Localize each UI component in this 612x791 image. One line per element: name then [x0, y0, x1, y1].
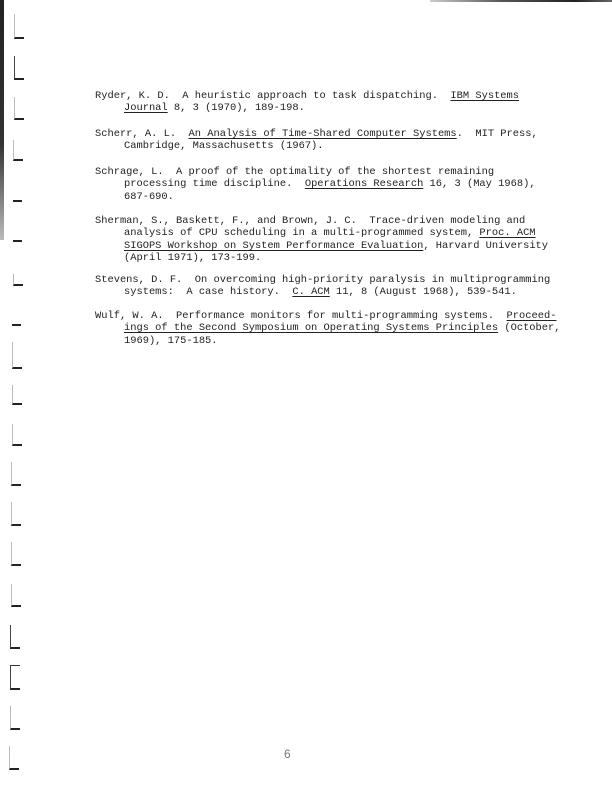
reference-text: Cambridge, Massachusetts (1967). — [124, 140, 324, 152]
binding-mark — [11, 584, 21, 607]
reference-text: , Harvard University — [423, 240, 548, 252]
reference-continuation-line: ings of the Second Symposium on Operatin… — [95, 322, 612, 334]
reference-continuation-line: (April 1971), 173-199. — [95, 252, 612, 264]
binding-mark — [13, 190, 22, 202]
binding-mark — [14, 56, 24, 80]
reference-title-underlined: ings of the Second Symposium on Operatin… — [124, 322, 498, 334]
page-number: 6 — [284, 747, 291, 761]
reference-text: Sherman, S., Baskett, F., and Brown, J. … — [95, 215, 525, 227]
reference-text: analysis of CPU scheduling in a multi-pr… — [124, 227, 479, 239]
reference-continuation-line: Cambridge, Massachusetts (1967). — [95, 140, 612, 152]
reference-title-underlined: SIGOPS Workshop on System Performance Ev… — [124, 240, 423, 252]
binding-mark — [13, 140, 23, 161]
scan-binding-edge — [0, 0, 4, 240]
reference-text: Scherr, A. L. — [95, 128, 189, 140]
reference-text: Stevens, D. F. On overcoming high-priori… — [95, 274, 550, 286]
reference-text: processing time discipline. — [124, 178, 305, 190]
reference-continuation-line: analysis of CPU scheduling in a multi-pr… — [95, 227, 612, 239]
reference-continuation-line: Journal 8, 3 (1970), 189-198. — [95, 102, 612, 114]
reference-sherman: Sherman, S., Baskett, F., and Brown, J. … — [95, 215, 612, 265]
reference-text: Wulf, W. A. Performance monitors for mul… — [95, 310, 507, 322]
reference-ryder: Ryder, K. D. A heuristic approach to tas… — [95, 90, 612, 115]
reference-title-underlined: An Analysis of Time-Shared Computer Syst… — [189, 128, 457, 140]
reference-title-underlined: Proceed- — [507, 310, 557, 322]
reference-title-underlined: IBM Systems — [450, 90, 519, 102]
reference-continuation-line: systems: A case history. C. ACM 11, 8 (A… — [95, 286, 612, 298]
binding-mark — [14, 97, 24, 120]
binding-mark — [12, 385, 22, 405]
binding-mark — [10, 665, 20, 690]
reference-continuation-line: 1969), 175-185. — [95, 335, 612, 347]
reference-text: 8, 3 (1970), 189-198. — [168, 102, 305, 114]
reference-text: systems: A case history. — [124, 286, 292, 298]
reference-continuation-line: processing time discipline. Operations R… — [95, 178, 612, 190]
binding-mark — [12, 424, 22, 446]
reference-text: Ryder, K. D. A heuristic approach to tas… — [95, 90, 450, 102]
reference-first-line: Scherr, A. L. An Analysis of Time-Shared… — [95, 128, 612, 140]
reference-title-underlined: Journal — [124, 102, 168, 114]
reference-text: . MIT Press, — [457, 128, 538, 140]
binding-mark — [9, 746, 19, 770]
reference-first-line: Wulf, W. A. Performance monitors for mul… — [95, 310, 612, 322]
reference-text: 1969), 175-185. — [124, 335, 218, 347]
binding-mark — [13, 232, 22, 242]
reference-stevens: Stevens, D. F. On overcoming high-priori… — [95, 274, 612, 299]
binding-mark — [13, 274, 23, 286]
reference-text: 687-690. — [124, 191, 174, 203]
reference-title-underlined: C. ACM — [292, 286, 329, 298]
binding-mark — [10, 625, 20, 649]
binding-mark — [10, 706, 20, 730]
binding-mark — [14, 14, 24, 39]
binding-mark — [12, 342, 22, 369]
reference-text: (October, — [498, 322, 560, 334]
reference-text: Schrage, L. A proof of the optimality of… — [95, 166, 494, 178]
binding-mark — [11, 542, 21, 566]
binding-mark — [12, 312, 21, 326]
reference-first-line: Sherman, S., Baskett, F., and Brown, J. … — [95, 215, 612, 227]
reference-text: 16, 3 (May 1968), — [423, 178, 535, 190]
reference-first-line: Stevens, D. F. On overcoming high-priori… — [95, 274, 612, 286]
reference-title-underlined: Operations Research — [305, 178, 423, 190]
reference-wulf: Wulf, W. A. Performance monitors for mul… — [95, 310, 612, 347]
document-page: Ryder, K. D. A heuristic approach to tas… — [0, 0, 612, 791]
scan-top-edge — [430, 0, 612, 2]
reference-first-line: Schrage, L. A proof of the optimality of… — [95, 166, 612, 178]
reference-schrage: Schrage, L. A proof of the optimality of… — [95, 166, 612, 203]
reference-continuation-line: 687-690. — [95, 191, 612, 203]
reference-text: 11, 8 (August 1968), 539-541. — [330, 286, 517, 298]
binding-mark — [11, 502, 21, 526]
reference-text: (April 1971), 173-199. — [124, 252, 261, 264]
reference-scherr: Scherr, A. L. An Analysis of Time-Shared… — [95, 128, 612, 153]
reference-first-line: Ryder, K. D. A heuristic approach to tas… — [95, 90, 612, 102]
reference-continuation-line: SIGOPS Workshop on System Performance Ev… — [95, 240, 612, 252]
reference-title-underlined: Proc. ACM — [479, 227, 535, 239]
binding-mark — [11, 462, 21, 486]
